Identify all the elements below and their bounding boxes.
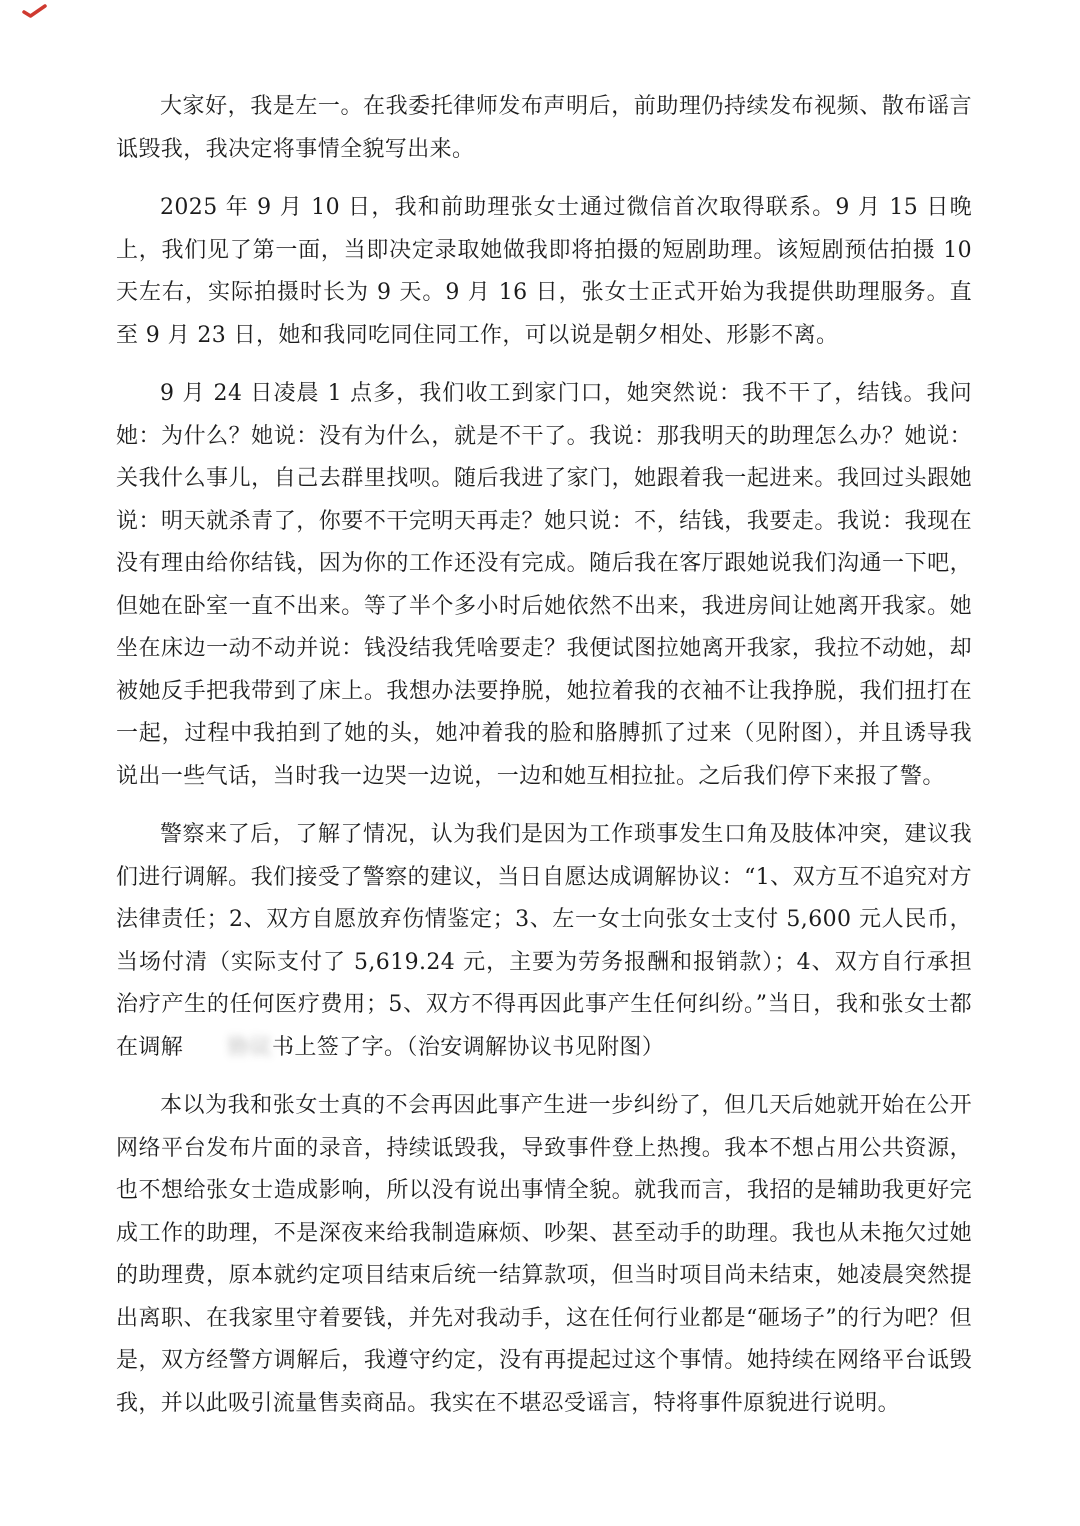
mediation-text-before-blur: 警察来了后，了解了情况，认为我们是因为工作琐事发生口角及肢体冲突，建议我们进行调… xyxy=(116,822,972,1060)
paragraph-aftermath-statement: 本以为我和张女士真的不会再因此事产生进一步纠纷了，但几天后她就开始在公开网络平台… xyxy=(116,1085,972,1425)
paragraph-police-mediation: 警察来了后，了解了情况，认为我们是因为工作琐事发生口角及肢体冲突，建议我们进行调… xyxy=(116,814,972,1069)
paragraph-intro: 大家好，我是左一。在我委托律师发布声明后，前助理仍持续发布视频、散布谣言诋毁我，… xyxy=(116,86,972,171)
document-page: 大家好，我是左一。在我委托律师发布声明后，前助理仍持续发布视频、散布谣言诋毁我，… xyxy=(0,0,1080,1526)
red-corner-mark-icon xyxy=(22,3,48,19)
mediation-text-after-blur: 书上签了字。（治安调解协议书见附图） xyxy=(272,1035,664,1060)
blurred-redacted-text: 协议 xyxy=(183,1027,272,1070)
paragraph-hiring-timeline: 2025 年 9 月 10 日，我和前助理张女士通过微信首次取得联系。9 月 1… xyxy=(116,187,972,357)
paragraph-conflict-account: 9 月 24 日凌晨 1 点多，我们收工到家门口，她突然说：我不干了，结钱。我问… xyxy=(116,373,972,798)
